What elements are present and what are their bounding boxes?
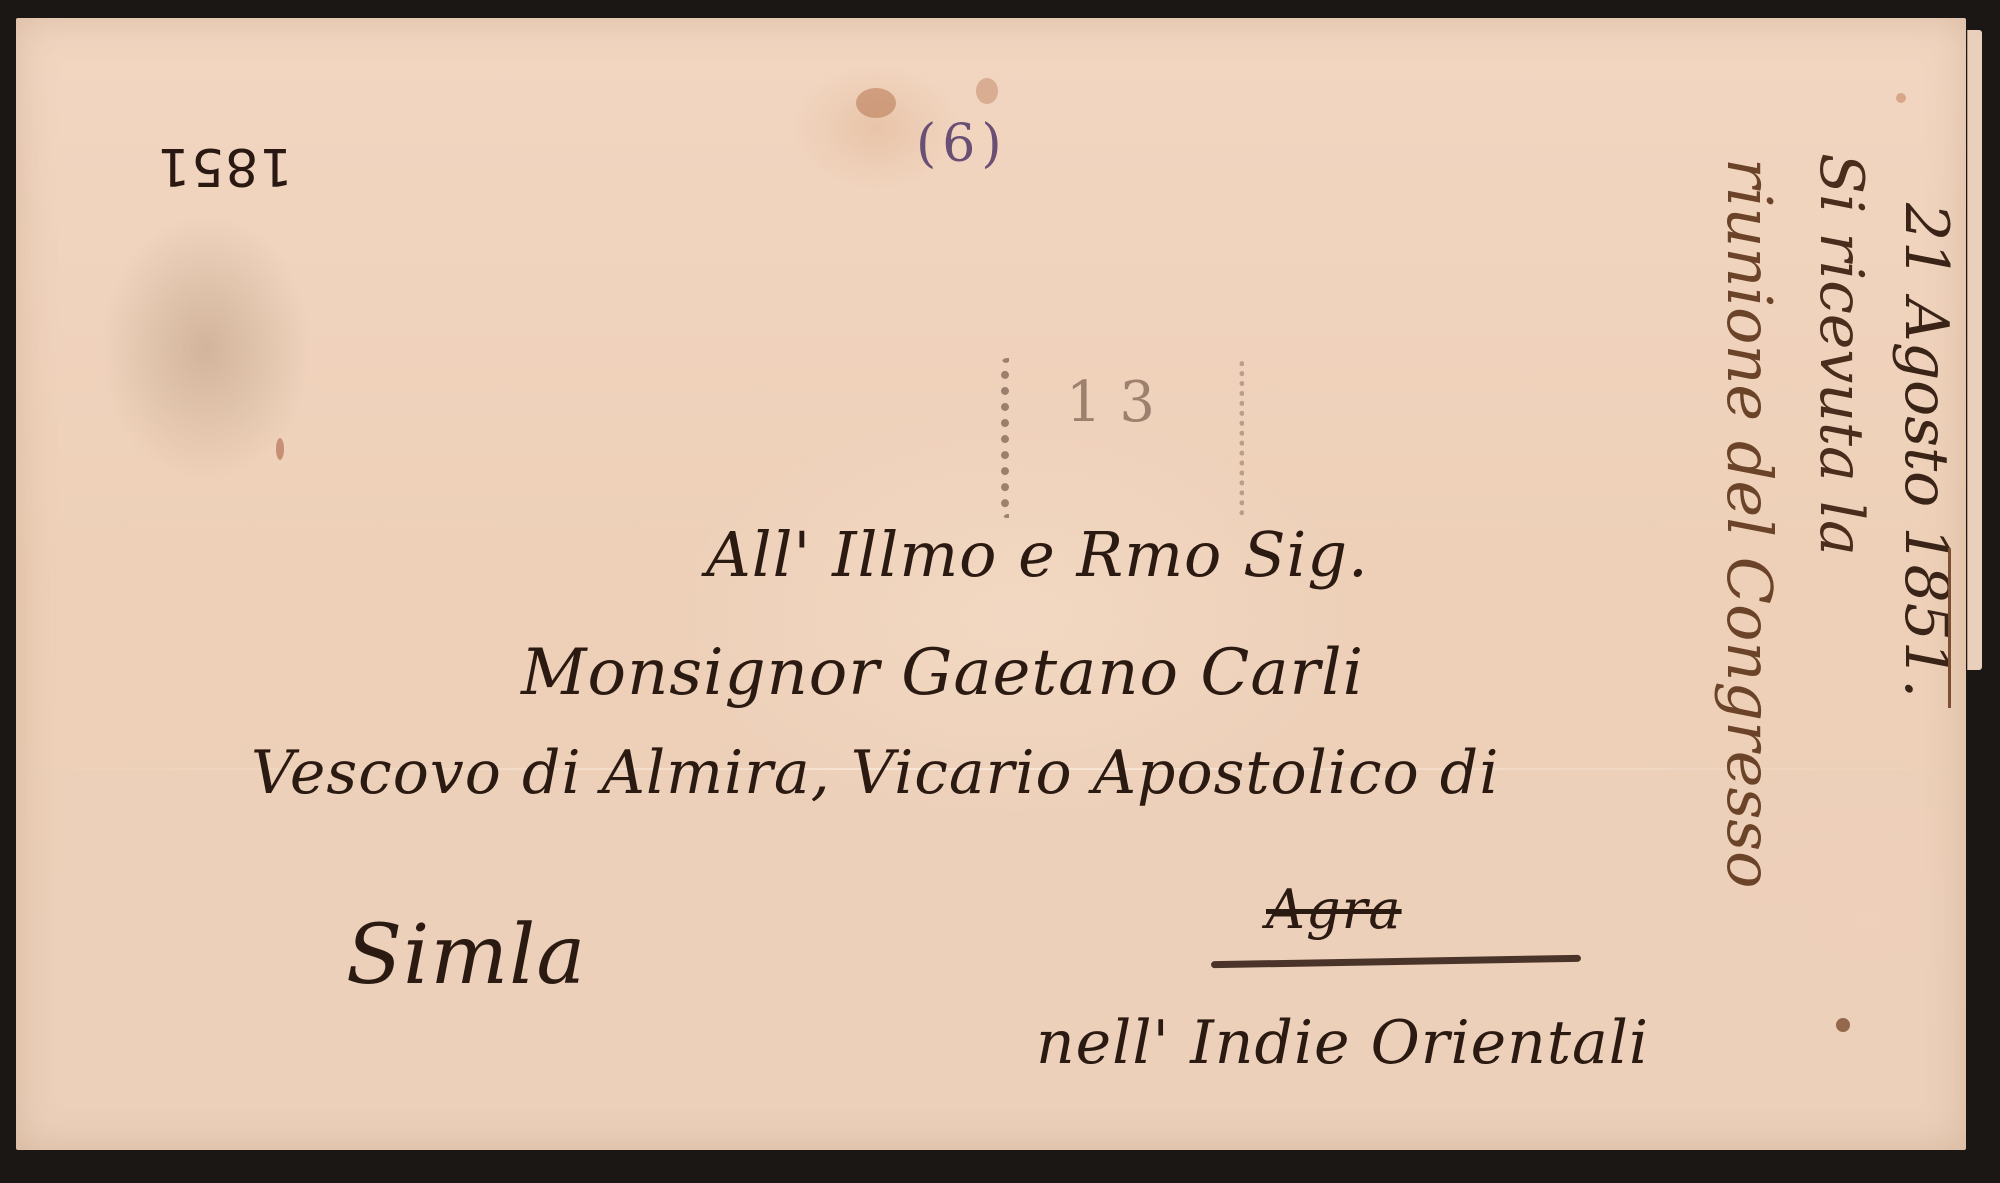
docket-line-3: riunione del Congresso — [1713, 158, 1786, 888]
address-struck-city: Agra — [1266, 878, 1402, 941]
foxing-spot — [276, 438, 284, 460]
address-region: nell' Indie Orientali — [1036, 1008, 1649, 1078]
address-recipient-title: Vescovo di Almira, Vicario Apostolico di — [251, 738, 1499, 808]
address-recipient-name: Monsignor Gaetano Carli — [521, 636, 1364, 710]
address-salutation: All' Illmo e Rmo Sig. — [706, 518, 1369, 591]
foxing-spot — [856, 88, 896, 118]
foxing-spot — [1836, 1018, 1850, 1032]
document-scene: 1851 (6) 1 3 All' Illmo e Rmo Sig. Monsi… — [0, 0, 2000, 1183]
address-town: Simla — [346, 908, 586, 1003]
year-annotation: 1851 — [156, 136, 292, 196]
postmark-digits: 1 3 — [1066, 368, 1155, 438]
strike-through-line — [1211, 955, 1581, 968]
foxing-spot — [976, 78, 998, 104]
envelope-flap-edge — [1967, 30, 1982, 670]
envelope: 1851 (6) 1 3 All' Illmo e Rmo Sig. Monsi… — [16, 18, 1966, 1150]
foxing-spot — [1896, 93, 1906, 103]
docket-date-stroke — [1948, 548, 1951, 708]
docket-line-2: Si ricevuta la — [1806, 153, 1876, 556]
rate-mark: (6) — [916, 114, 1008, 174]
